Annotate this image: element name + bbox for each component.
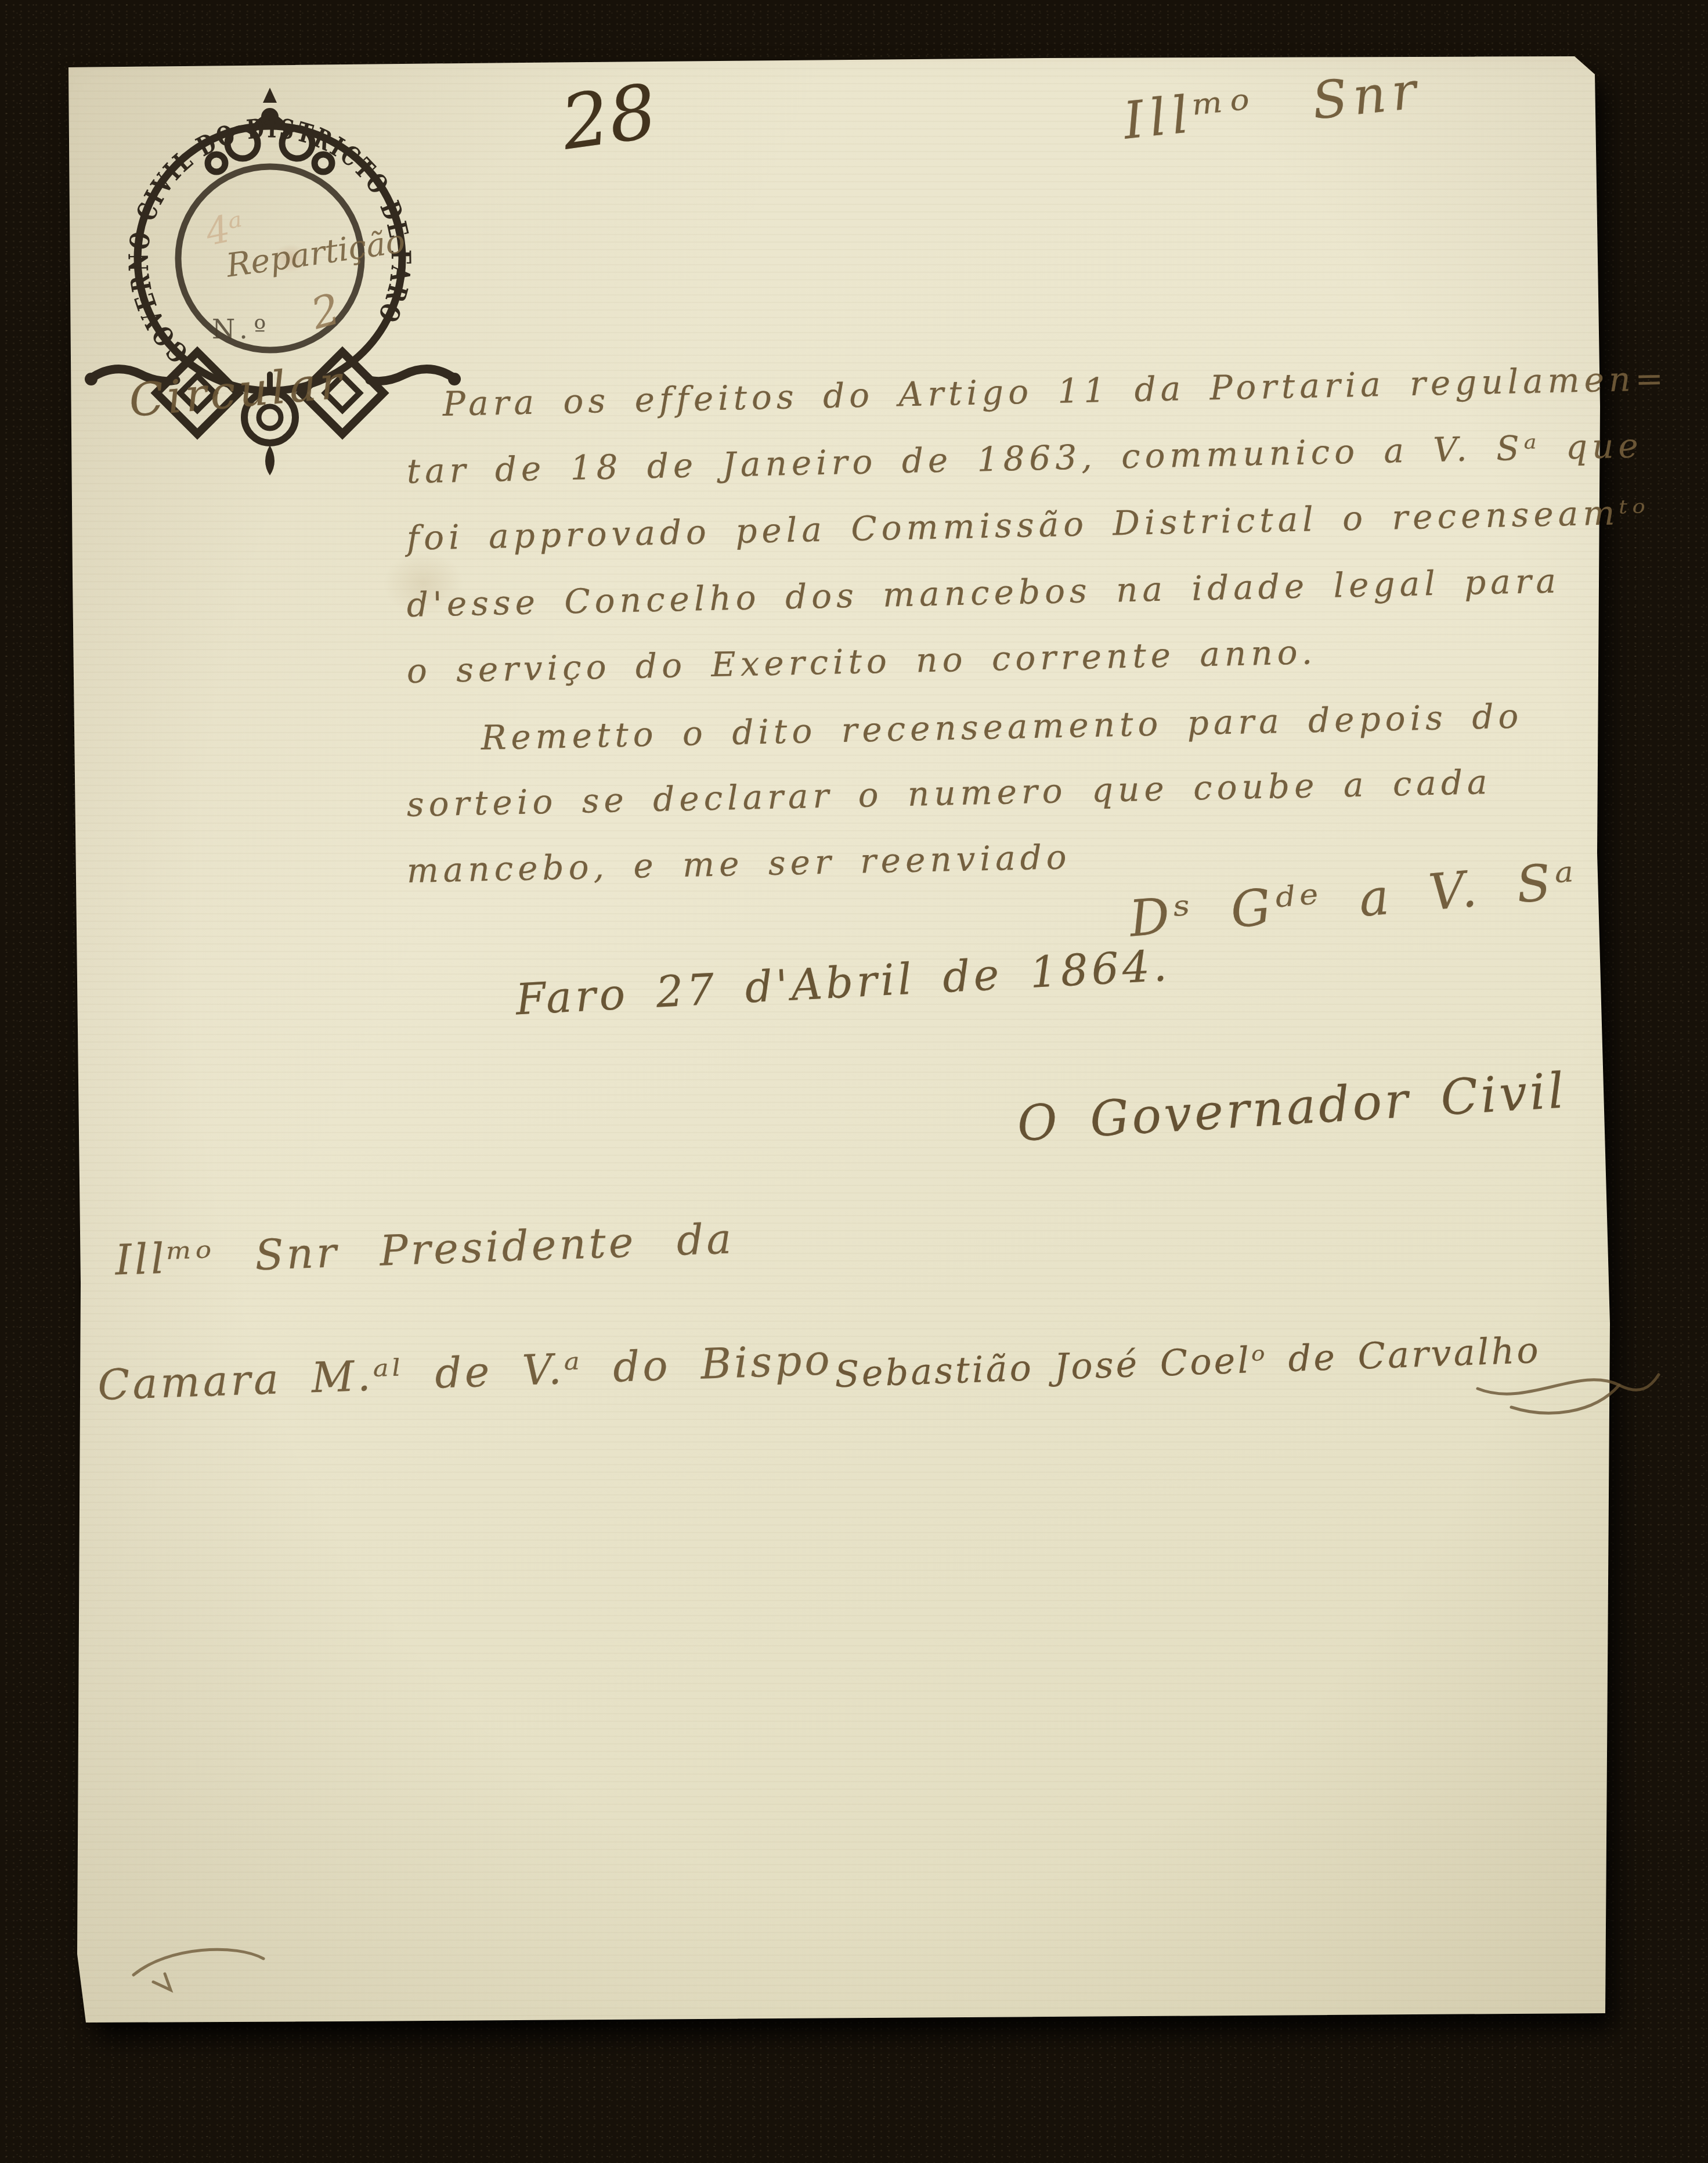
pen-flourish-mark xyxy=(123,1933,280,2009)
photo-backdrop: GOVERNO CIVIL DO DISTRICTO DE FARO 4ᵃ Re… xyxy=(0,0,1708,2163)
page-number-annotation: 28 xyxy=(556,68,662,167)
stamp-number-label: N.º xyxy=(212,313,272,345)
stamp-number-value: 2 xyxy=(305,284,345,340)
official-stamp: GOVERNO CIVIL DO DISTRICTO DE FARO 4ᵃ Re… xyxy=(67,61,479,514)
stamp-department-note: Repartição xyxy=(223,222,407,285)
signature-flourish xyxy=(1474,1353,1666,1428)
